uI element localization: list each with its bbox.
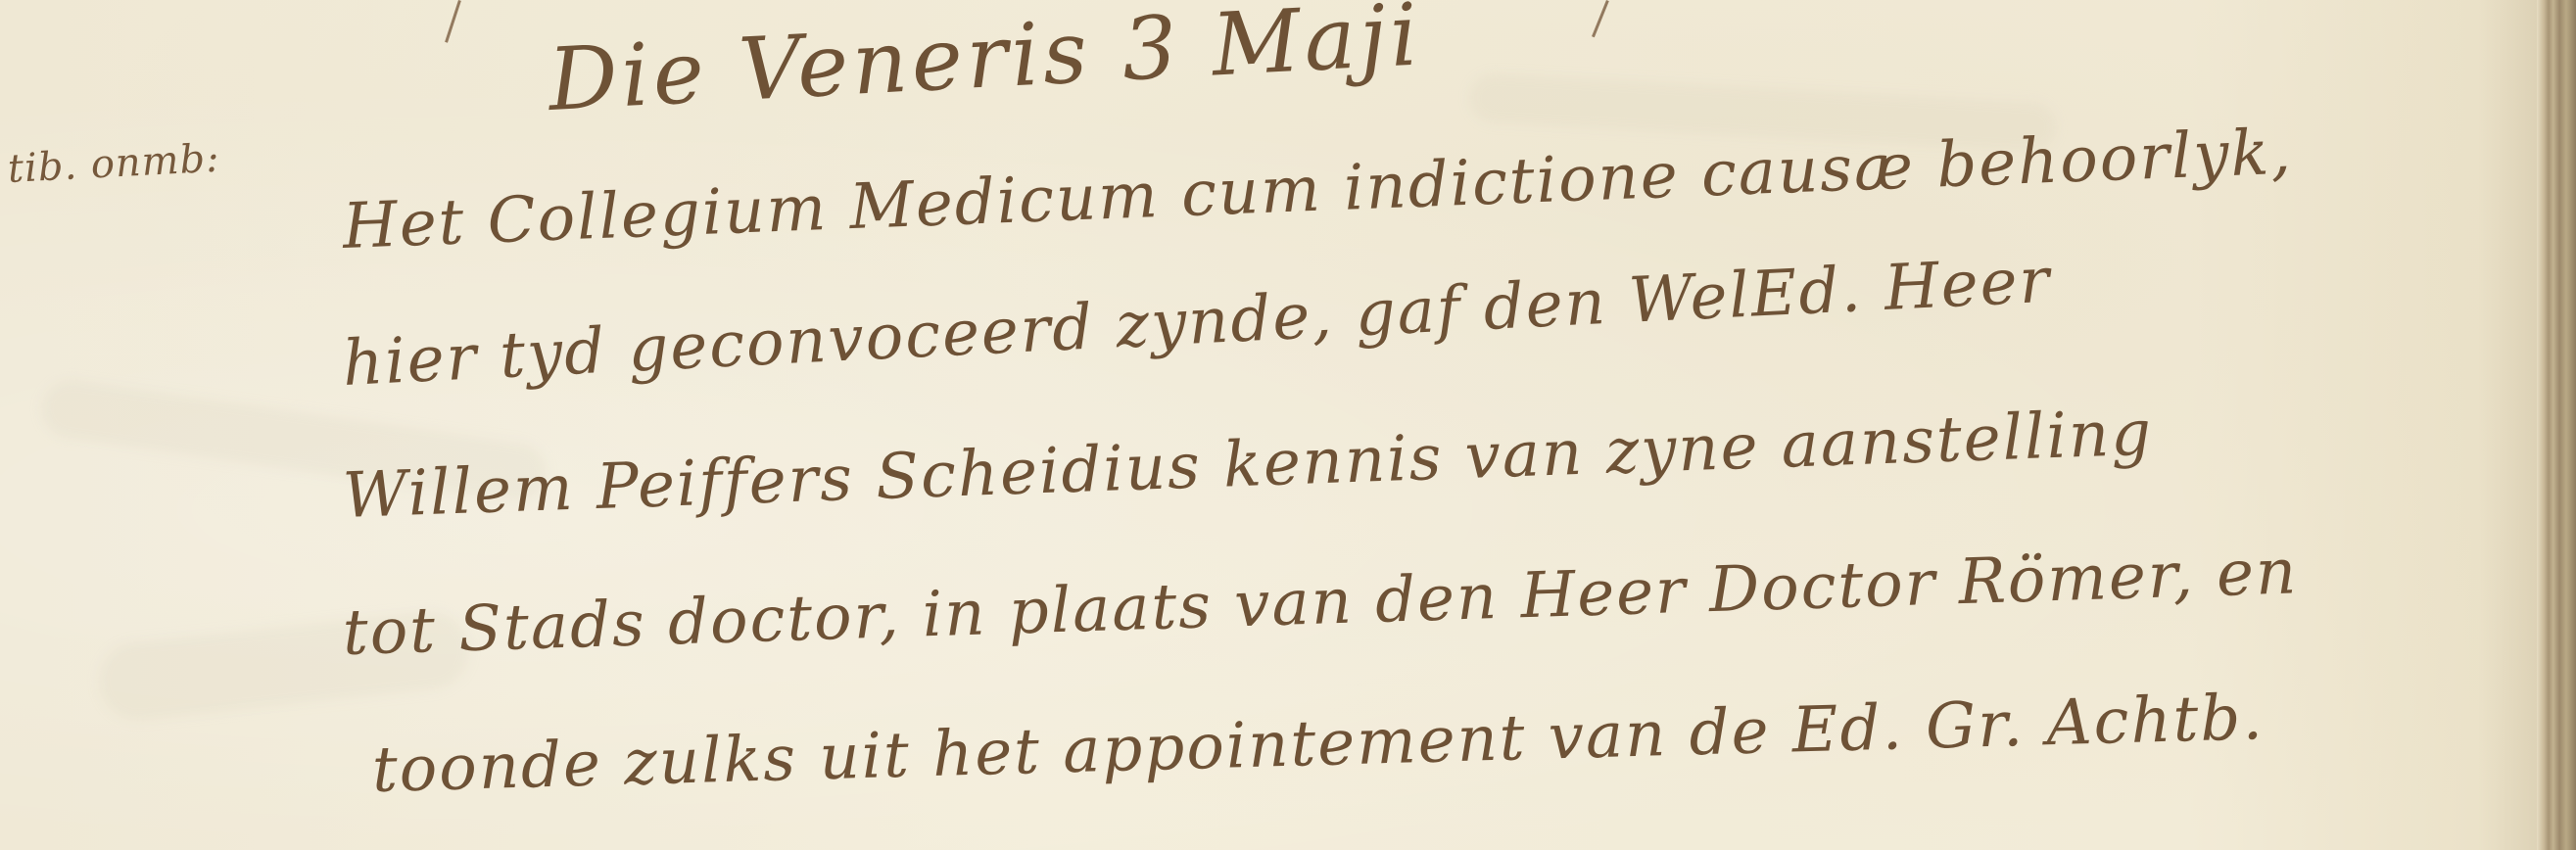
text-line: tot Stads doctor, in plaats van den Heer… bbox=[342, 536, 2299, 670]
book-binding-edge bbox=[2537, 0, 2576, 850]
entry-heading-date: Die Veneris 3 Maji bbox=[546, 0, 1424, 130]
text-line: Het Collegium Medicum cum indictione cau… bbox=[342, 109, 2478, 263]
text-line: toonde zulks uit het appointement van de… bbox=[371, 682, 2266, 807]
text-line: hier tyd geconvoceerd zynde, gaf den Wel… bbox=[341, 245, 2052, 401]
margin-note: tib. onmb: bbox=[7, 136, 221, 192]
ink-flourish bbox=[1592, 0, 1609, 37]
text-line: Willem Peiffers Scheidius kennis van zyn… bbox=[342, 397, 2155, 532]
manuscript-page: tib. onmb: Die Veneris 3 Maji Het Colleg… bbox=[0, 0, 2576, 850]
ink-flourish bbox=[445, 0, 461, 43]
binding-shadow bbox=[2478, 0, 2537, 850]
